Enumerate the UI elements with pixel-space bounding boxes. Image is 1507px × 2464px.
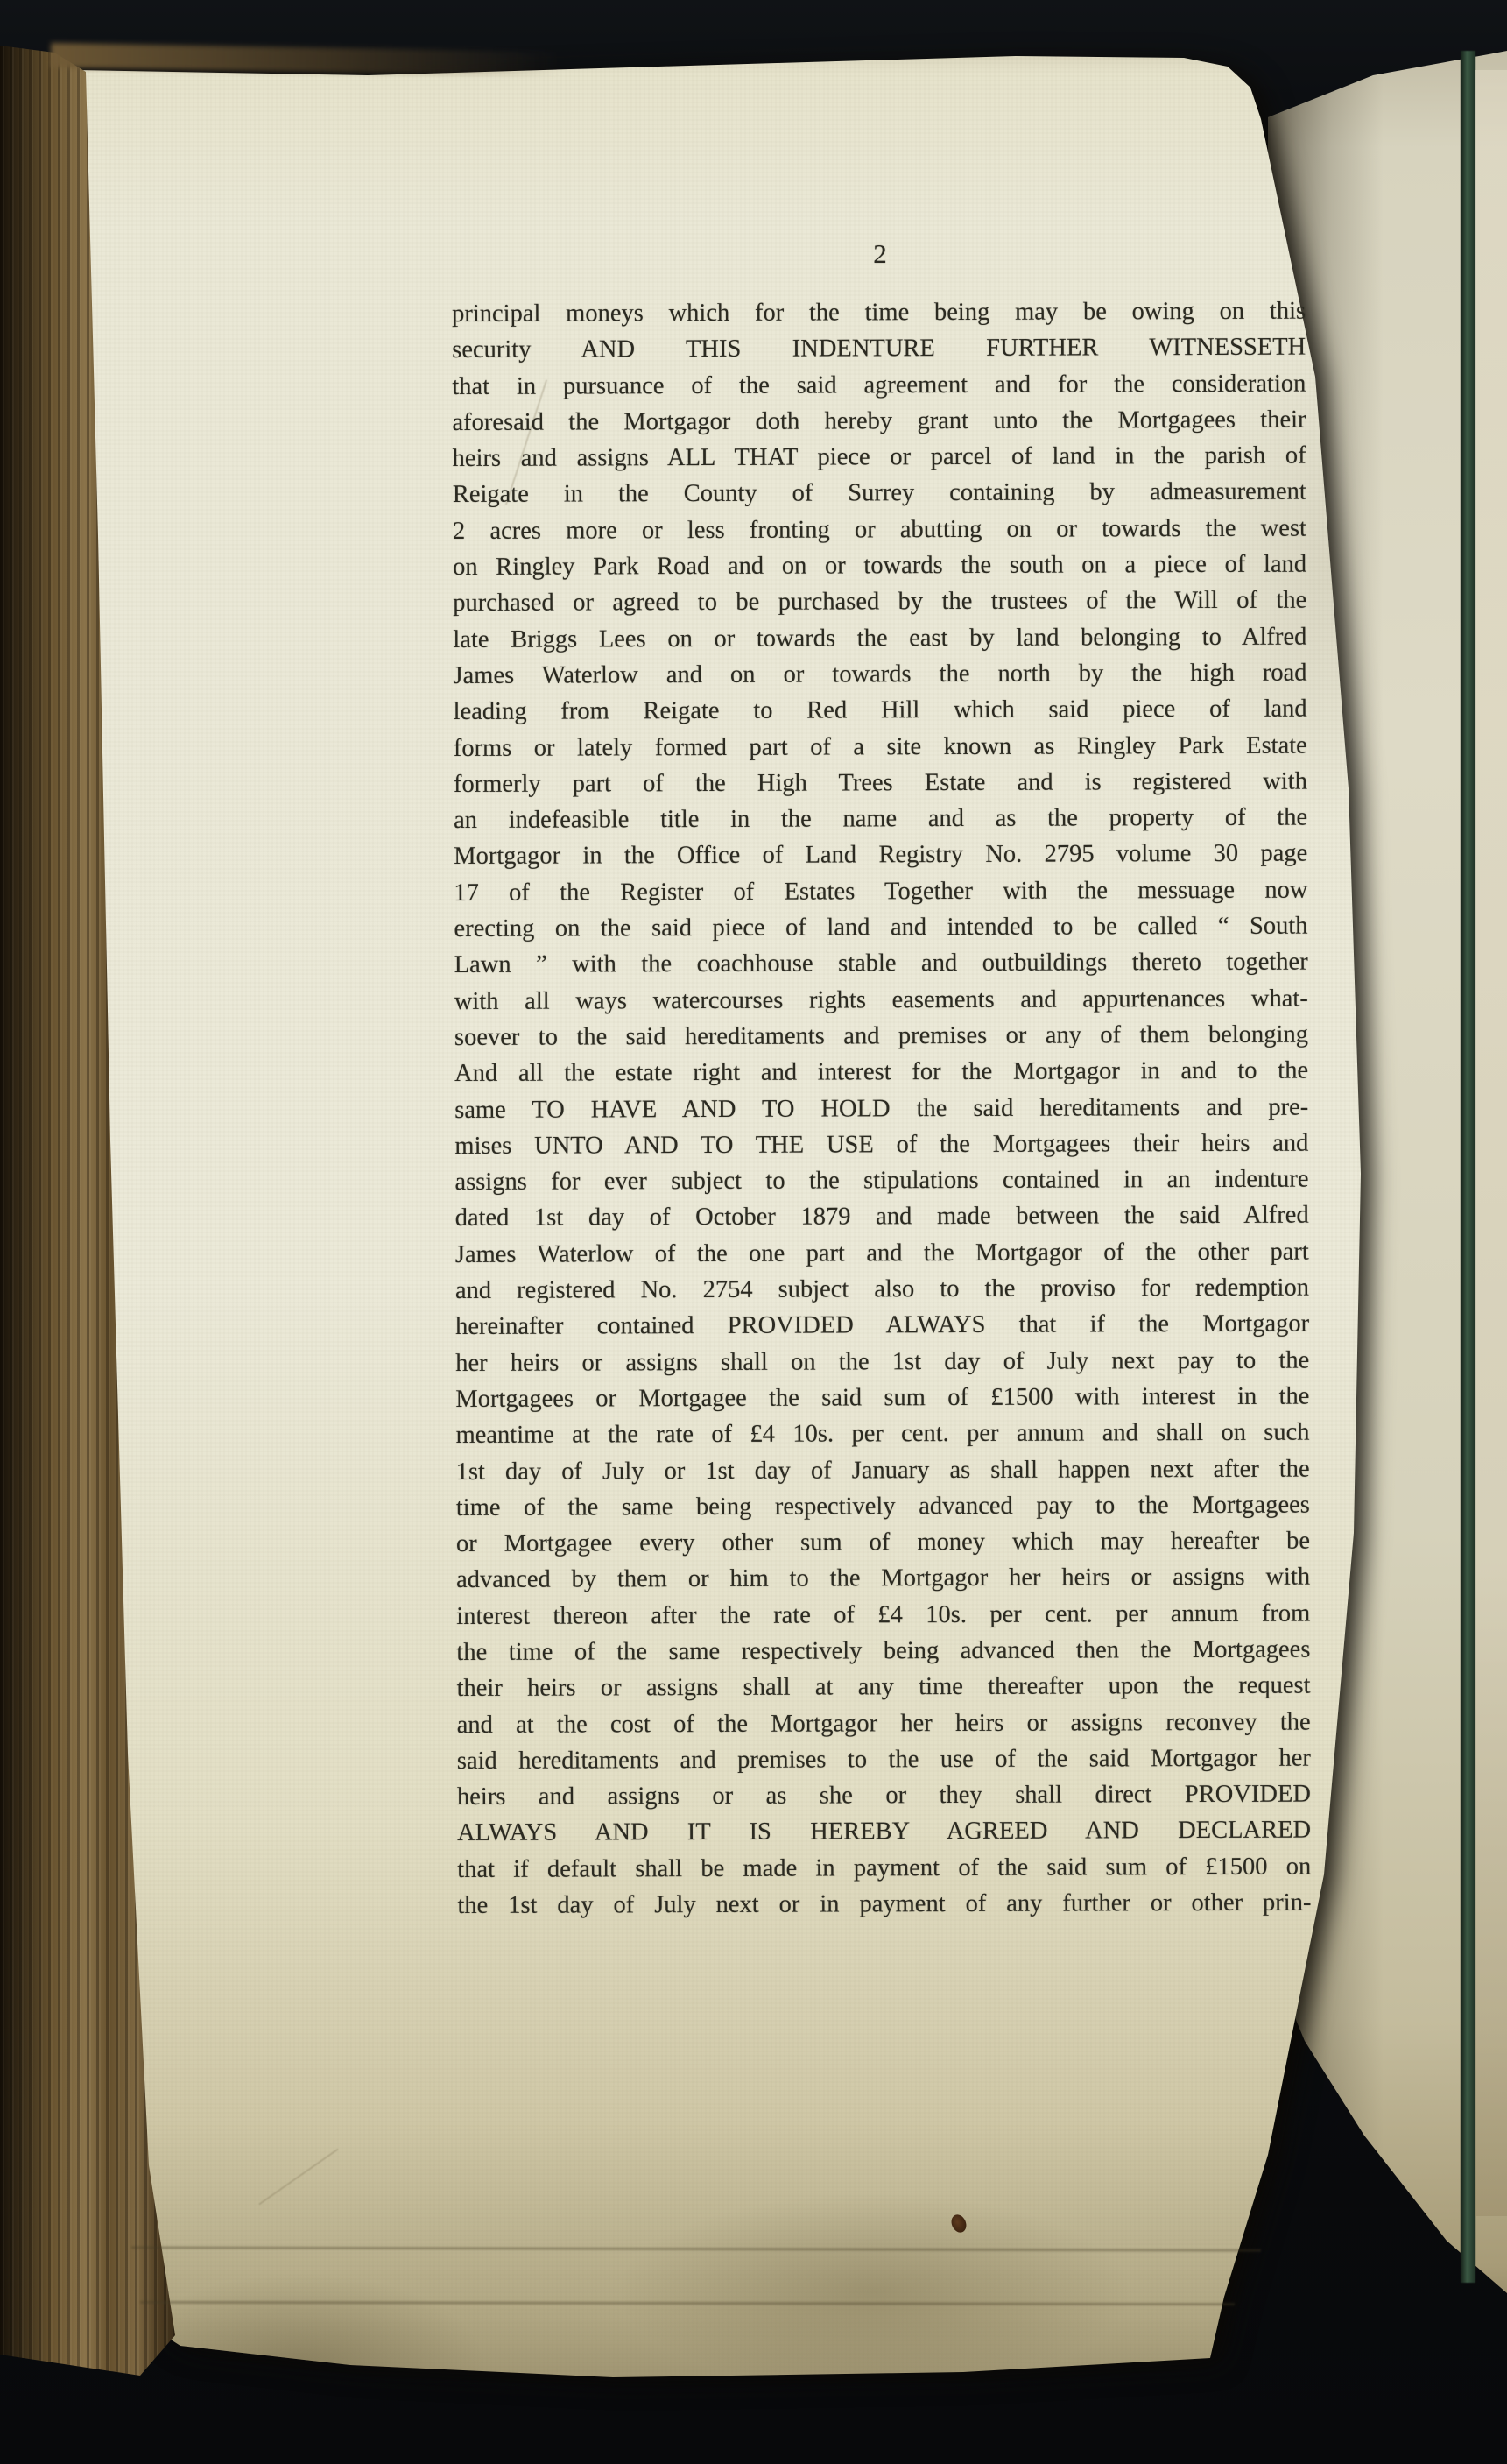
text-line: And all the estate right and interest fo… — [454, 1053, 1308, 1092]
text-line: assigns for ever subject to the stipulat… — [454, 1161, 1308, 1201]
text-line: principal moneys which for the time bein… — [452, 293, 1306, 333]
text-line: and at the cost of the Mortgagor her hei… — [457, 1704, 1311, 1743]
text-line: dated 1st day of October 1879 and made b… — [455, 1197, 1309, 1237]
text-line: soever to the said hereditaments and pre… — [454, 1017, 1308, 1056]
text-line: with all ways watercourses rights easeme… — [454, 980, 1308, 1020]
text-line: her heirs or assigns shall on the 1st da… — [455, 1342, 1309, 1381]
text-line: meantime at the rate of £4 10s. per cent… — [455, 1415, 1309, 1454]
text-line: late Briggs Lees on or towards the east … — [453, 618, 1306, 658]
text-line: and registered No. 2754 subject also to … — [455, 1270, 1309, 1310]
text-line: mises UNTO AND TO THE USE of the Mortgag… — [454, 1125, 1308, 1164]
text-line: Mortgagees or Mortgagee the said sum of … — [455, 1378, 1309, 1417]
text-line: same TO HAVE AND TO HOLD the said heredi… — [454, 1089, 1308, 1128]
text-line: hereinafter contained PROVIDED ALWAYS th… — [455, 1306, 1309, 1345]
page-text: principal moneys which for the time bein… — [452, 293, 1311, 1924]
text-line: ALWAYS AND IT IS HEREBY AGREED AND DECLA… — [457, 1812, 1311, 1852]
text-line: the time of the same respectively being … — [456, 1632, 1310, 1671]
text-line: interest thereon after the rate of £4 10… — [456, 1595, 1310, 1634]
text-line: forms or lately formed part of a site kn… — [454, 727, 1307, 766]
text-line: James Waterlow and on or towards the nor… — [453, 655, 1306, 695]
text-line: erecting on the said piece of land and i… — [454, 908, 1307, 948]
text-line: an indefeasible title in the name and as… — [454, 800, 1307, 839]
text-line: 1st day of July or 1st day of January as… — [456, 1451, 1310, 1490]
text-line: Mortgagor in the Office of Land Registry… — [454, 836, 1307, 875]
text-line: heirs and assigns or as she or they shal… — [457, 1776, 1311, 1816]
text-line: formerly part of the High Trees Estate a… — [454, 763, 1307, 802]
text-line: that in pursuance of the said agreement … — [452, 365, 1306, 405]
text-line: or Mortgagee every other sum of money wh… — [456, 1523, 1310, 1563]
text-line: security AND THIS INDENTURE FURTHER WITN… — [452, 329, 1306, 369]
text-line: Reigate in the County of Surrey containi… — [453, 474, 1306, 513]
text-line: the 1st day of July next or in payment o… — [457, 1885, 1311, 1924]
text-line: 2 acres more or less fronting or abuttin… — [453, 510, 1306, 549]
text-line: that if default shall be made in payment… — [457, 1848, 1311, 1888]
page-number: 2 — [454, 238, 1307, 270]
text-line: 17 of the Register of Estates Together w… — [454, 872, 1307, 911]
text-line: Lawn ” with the coachhouse stable and ou… — [454, 944, 1308, 984]
text-line: time of the same being respectively adva… — [456, 1486, 1310, 1526]
book-photo: 2 principal moneys which for the time be… — [0, 0, 1507, 2464]
text-line: aforesaid the Mortgagor doth hereby gran… — [452, 401, 1306, 441]
text-line: purchased or agreed to be purchased by t… — [453, 582, 1306, 622]
text-line: James Waterlow of the one part and the M… — [455, 1233, 1309, 1273]
text-line: on Ringley Park Road and on or towards t… — [453, 547, 1306, 586]
text-line: heirs and assigns ALL THAT piece or parc… — [453, 438, 1306, 477]
text-line: advanced by them or him to the Mortgagor… — [456, 1559, 1310, 1599]
text-line: leading from Reigate to Red Hill which s… — [454, 691, 1307, 731]
text-line: said hereditaments and premises to the u… — [457, 1740, 1311, 1779]
text-line: their heirs or assigns shall at any time… — [456, 1668, 1310, 1707]
